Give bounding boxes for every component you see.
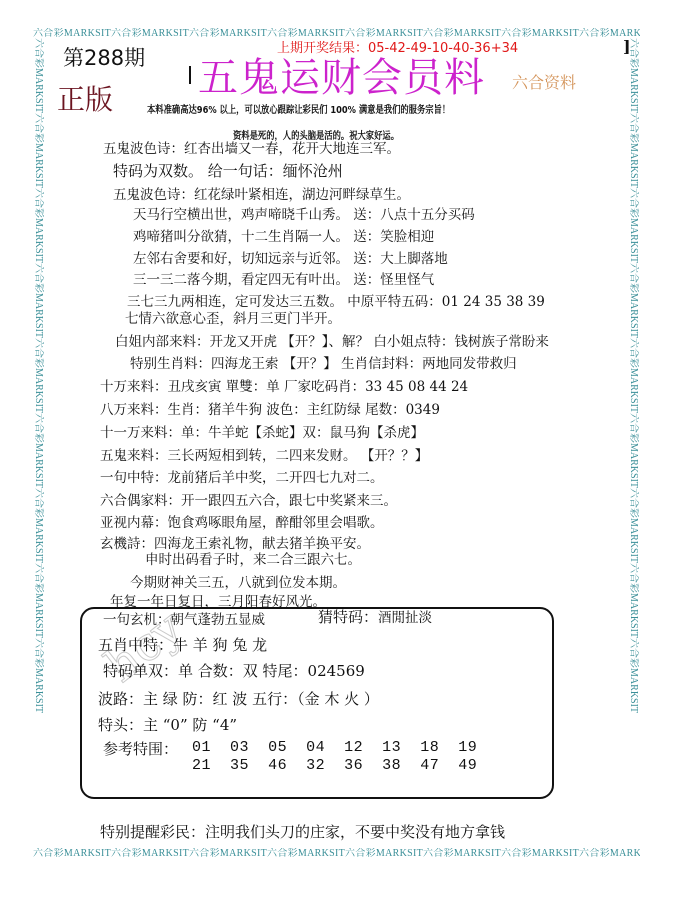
riddle-label: 一句玄机： (103, 612, 171, 628)
ref-number: 36 (344, 757, 363, 774)
text-line: 十万来料：丑戌亥寅 單雙：单 厂家吃码肖：33 45 08 44 24 (100, 375, 468, 395)
issue-number: 第288期 (63, 42, 145, 72)
bottom-watermark-border: 六合彩MARKSIT六合彩MARKSIT六合彩MARKSIT六合彩MARKSIT… (33, 848, 640, 859)
ref-number: 38 (382, 757, 401, 774)
ref-number: 12 (344, 739, 363, 756)
guess-label: 猜特码： (318, 608, 378, 626)
reference-label: 参考特围： (103, 738, 178, 759)
text-line: 七情六欲意心歪，斜月三更门半开。 (125, 307, 341, 327)
title-bar-mark (189, 66, 191, 84)
ref-number: 05 (268, 739, 287, 756)
text-line: 三一三二落今期，看定四无有叶出。 送：怪里怪气 (133, 268, 434, 288)
guess-value: 酒閒扯淡 (378, 610, 432, 626)
text-line: 十一万来料：单：牛羊蛇【杀蛇】双：鼠马狗【杀虎】 (100, 421, 424, 441)
ref-number: 47 (420, 757, 439, 774)
ref-number: 35 (230, 757, 249, 774)
riddle-row: 一句玄机：朝气蓬勃五显威 (103, 608, 265, 628)
ref-number: 03 (230, 739, 249, 756)
ref-number: 13 (382, 739, 401, 756)
ref-number: 49 (458, 757, 477, 774)
text-line: 今期财神关三五，八就到位发本期。 (130, 571, 346, 591)
page-subtitle: 六合资料 (512, 70, 576, 93)
text-line: 八万来料：生肖：猪羊牛狗 波色：主红防绿 尾数：0349 (100, 398, 440, 418)
reference-numbers-row1: 01 03 05 04 12 13 18 19 (192, 739, 477, 756)
parity-row: 特码单双：单 合数：双 特尾：024569 (103, 660, 365, 681)
ref-number: 32 (306, 757, 325, 774)
ref-number: 01 (192, 739, 211, 756)
ref-number: 18 (420, 739, 439, 756)
tagline: 本料准确高达96% 以上，可以放心跟踪让彩民们 100% 满意是我们的服务宗旨！ (147, 101, 450, 116)
text-line: 一句中特：龙前猪后羊中奖，二开四七九对二。 (100, 466, 384, 486)
wave-row: 波路：主 绿 防：红 波 五行：（金 木 火 ） (98, 688, 379, 709)
footer-notice: 特别提醒彩民：注明我们头刀的庄家，不要中奖没有地方拿钱 (100, 821, 505, 842)
ref-number: 19 (458, 739, 477, 756)
text-line: 六合偶家料：开一跟四五六合，跟七中奖紧来三。 (100, 489, 397, 509)
text-line: 特别生肖料：四海龙王索 【开？】 生肖信封料：两地同发带救归 (130, 352, 517, 372)
riddle-value: 朝气蓬勃五显威 (171, 612, 266, 628)
text-line: 五鬼来料：三长两短相到转，二四来发财。 【开？？】 (100, 444, 428, 464)
head-row: 特头：主 “0” 防 “4” (98, 714, 237, 735)
ref-number: 21 (192, 757, 211, 774)
page-title: 五鬼运财会员料 (198, 46, 485, 103)
text-line: 申时出码看子时，来二合三跟六七。 (145, 548, 361, 568)
right-watermark-border: 六合彩MARKSIT六合彩MARKSIT六合彩MARKSIT六合彩MARKSIT… (628, 38, 639, 848)
text-line: 天马行空横出世，鸡声啼晓千山秀。 送：八点十五分买码 (133, 203, 475, 223)
text-line: 亚视内幕：饱食鸡啄眼角屋，醉酣邻里会唱歌。 (100, 511, 384, 531)
text-line: 五鬼波色诗：红花绿叶紧相连，湖边河畔绿草生。 (113, 183, 410, 203)
ref-number: 46 (268, 757, 287, 774)
text-line: 五鬼波色诗：红杏出墙又一春，花开大地连三军。 (103, 137, 400, 157)
text-line: 白姐内部来料：开龙又开虎 【开？】、解？ 白小姐点特：钱树族子常盼来 (115, 330, 549, 350)
five-zodiac-label: 五肖中特： (98, 636, 173, 654)
edition-label: 正版 (57, 78, 113, 118)
ref-number: 04 (306, 739, 325, 756)
corner-mark: ] (623, 37, 631, 56)
five-zodiac-value: 牛 羊 狗 兔 龙 (173, 636, 267, 654)
reference-numbers-row2: 21 35 46 32 36 38 47 49 (192, 757, 477, 774)
left-watermark-border: 六合彩MARKSIT六合彩MARKSIT六合彩MARKSIT六合彩MARKSIT… (33, 38, 44, 848)
text-line: 左邻右舍要和好，切知远亲与近邻。 送：大上脚落地 (133, 247, 448, 267)
text-line: 特码为双数。 给一句话：缅怀沧州 (113, 160, 343, 181)
text-line: 鸡啼猪叫分欲猜，十二生肖隔一人。 送：笑脸相迎 (133, 225, 434, 245)
guess-row: 猜特码：酒閒扯淡 (318, 606, 432, 627)
right-watermark-text: 六合彩MARKSIT六合彩MARKSIT六合彩MARKSIT六合彩MARKSIT… (628, 38, 639, 848)
left-watermark-text: 六合彩MARKSIT六合彩MARKSIT六合彩MARKSIT六合彩MARKSIT… (33, 38, 44, 848)
five-zodiac-row: 五肖中特：牛 羊 狗 兔 龙 (98, 634, 267, 655)
